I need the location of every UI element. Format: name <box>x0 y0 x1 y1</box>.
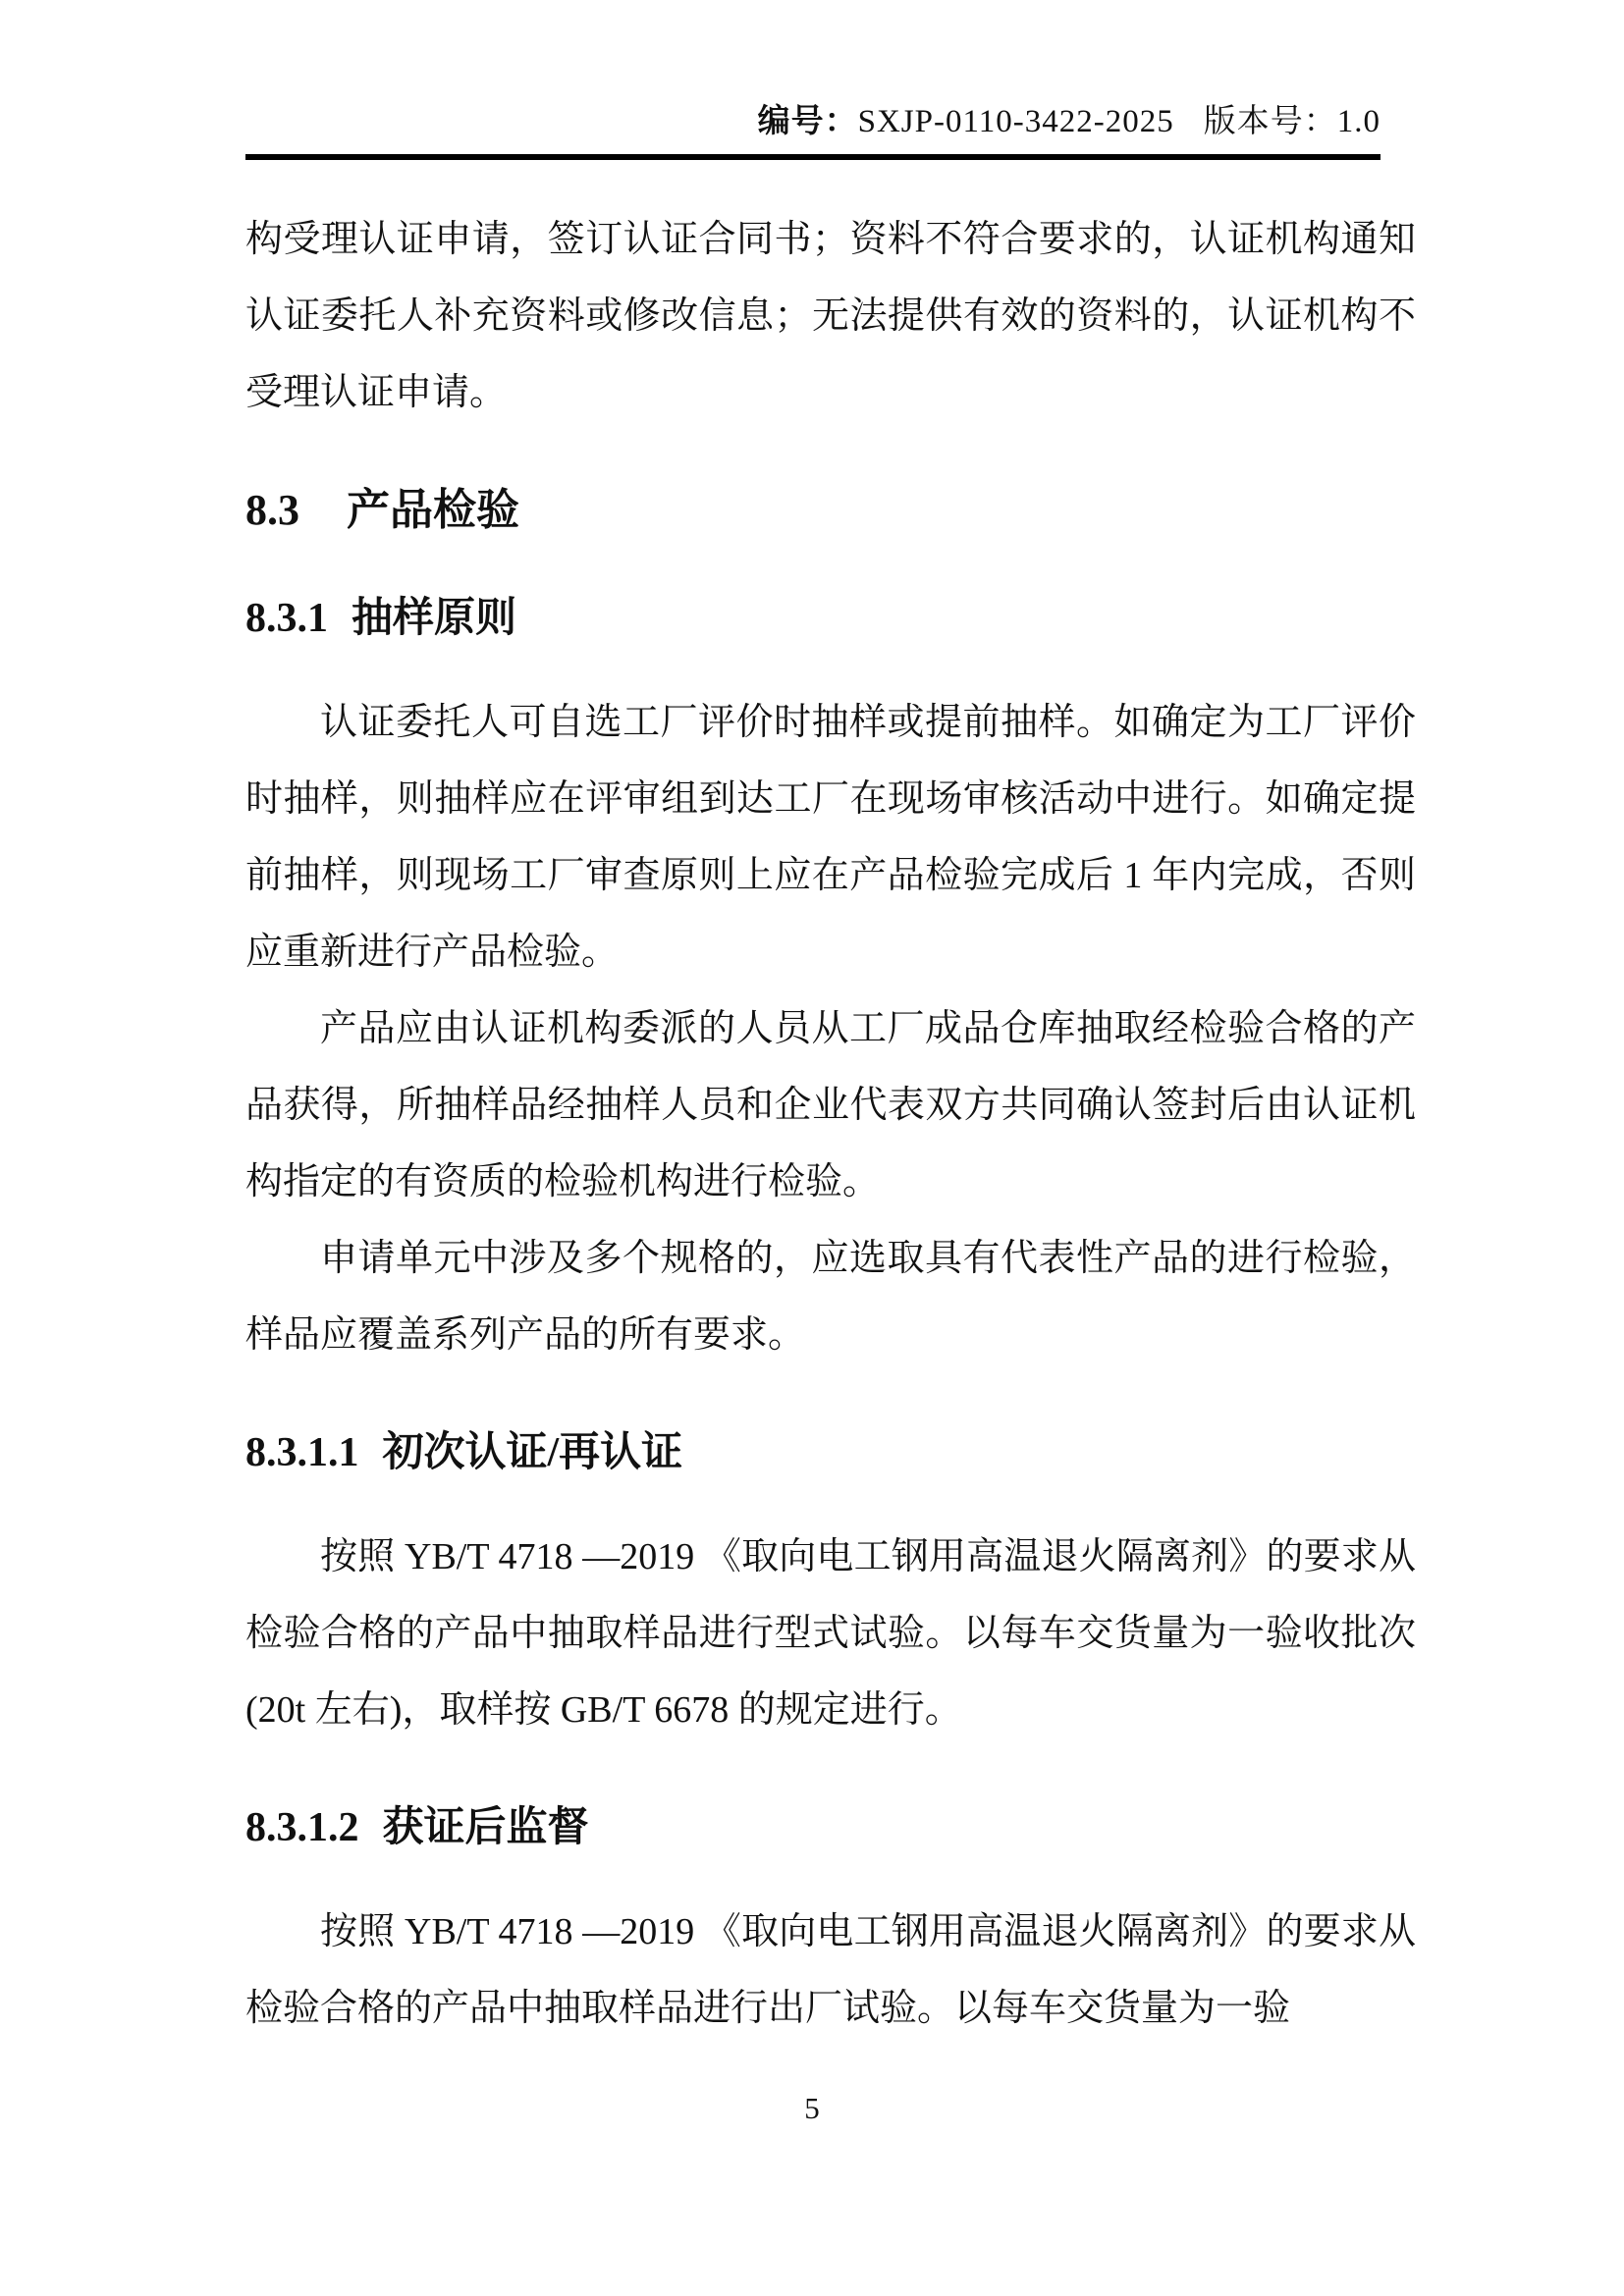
section-title: 初次认证/再认证 <box>383 1430 683 1475</box>
document-page: 编号：SXJP-0110-3422-2025版本号：1.0 构受理认证申请，签订… <box>0 0 1624 2296</box>
paragraph-sampling-principle-2: 产品应由认证机构委派的人员从工厂成品仓库抽取经检验合格的产品获得，所抽样品经抽样… <box>245 990 1416 1220</box>
doc-number-value: SXJP-0110-3422-2025 <box>858 104 1174 139</box>
document-header: 编号：SXJP-0110-3422-2025版本号：1.0 <box>245 100 1380 143</box>
section-number: 8.3 <box>245 486 299 534</box>
section-heading-8-3-1-2: 8.3.1.2获证后监督 <box>245 1799 1416 1856</box>
paragraph-sampling-principle-1: 认证委托人可自选工厂评价时抽样或提前抽样。如确定为工厂评价时抽样，则抽样应在评审… <box>245 684 1416 990</box>
section-number: 8.3.1.2 <box>245 1805 359 1850</box>
page-number: 5 <box>804 2091 820 2125</box>
paragraph-initial-certification: 按照 YB/T 4718 —2019 《取向电工钢用高温退火隔离剂》的要求从检验… <box>245 1519 1416 1748</box>
section-heading-8-3-1: 8.3.1抽样原则 <box>245 590 1416 647</box>
section-title: 产品检验 <box>347 486 519 534</box>
paragraph-sampling-principle-3: 申请单元中涉及多个规格的，应选取具有代表性产品的进行检验，样品应覆盖系列产品的所… <box>245 1220 1416 1373</box>
section-heading-8-3: 8.3产品检验 <box>245 482 1416 539</box>
section-heading-8-3-1-1: 8.3.1.1初次认证/再认证 <box>245 1424 1416 1481</box>
header-divider-line <box>245 154 1380 160</box>
section-title: 获证后监督 <box>383 1805 589 1850</box>
section-number: 8.3.1 <box>245 596 328 641</box>
doc-number-label: 编号： <box>758 104 858 139</box>
doc-version-label: 版本号： <box>1204 104 1337 139</box>
document-body: 构受理认证申请，签订认证合同书；资料不符合要求的，认证机构通知认证委托人补充资料… <box>245 201 1416 2047</box>
page-footer: 5 <box>0 2089 1624 2128</box>
section-number: 8.3.1.1 <box>245 1430 359 1475</box>
section-title: 抽样原则 <box>352 596 516 641</box>
paragraph-post-certification: 按照 YB/T 4718 —2019 《取向电工钢用高温退火隔离剂》的要求从检验… <box>245 1894 1416 2047</box>
paragraph-intro-continuation: 构受理认证申请，签订认证合同书；资料不符合要求的，认证机构通知认证委托人补充资料… <box>245 201 1416 431</box>
doc-version-value: 1.0 <box>1337 104 1380 139</box>
